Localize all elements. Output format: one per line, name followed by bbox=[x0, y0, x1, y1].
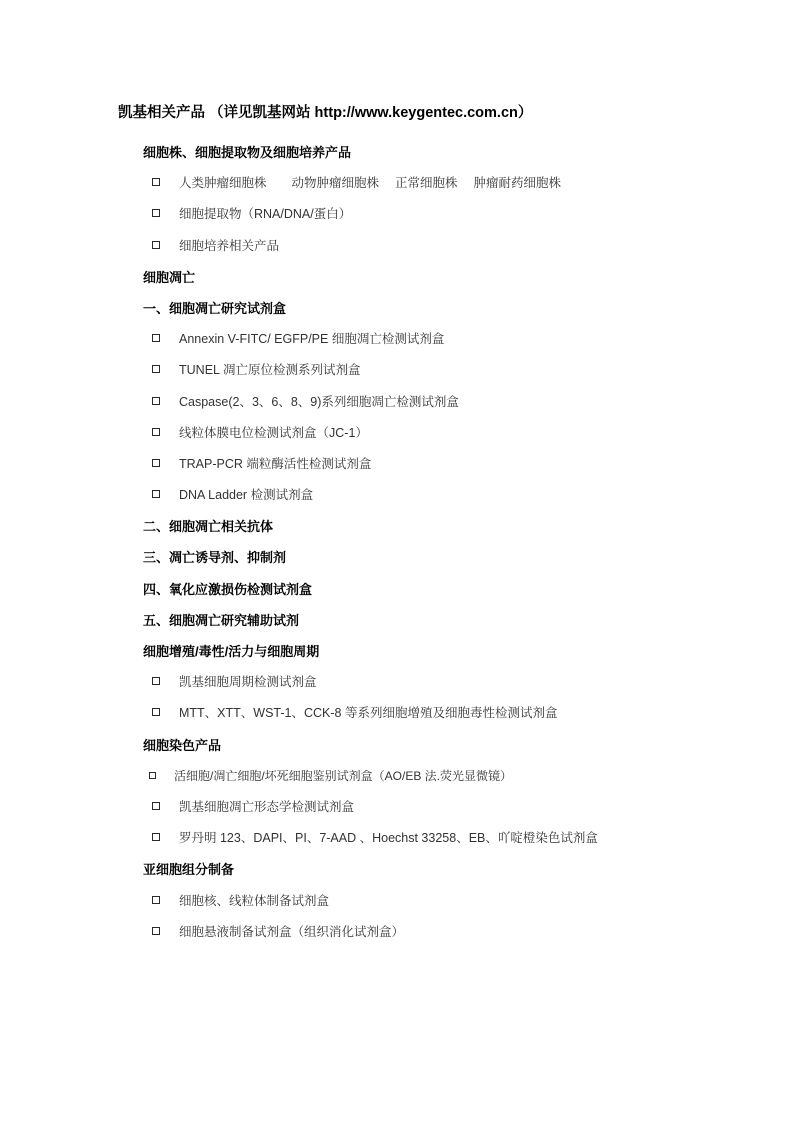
list-item: 细胞悬液制备试剂盒（组织消化试剂盒） bbox=[152, 917, 794, 948]
checkbox-bullet-icon bbox=[149, 772, 156, 779]
checkbox-bullet-icon bbox=[152, 677, 160, 685]
checkbox-bullet-icon bbox=[152, 490, 160, 498]
section-heading-apoptosis-inducers-inhibitors: 三、凋亡诱导剂、抑制剂 bbox=[143, 542, 794, 573]
list-item: 凯基细胞周期检测试剂盒 bbox=[152, 667, 794, 698]
checkbox-bullet-icon bbox=[152, 833, 160, 841]
list-item: 罗丹明 123、DAPI、PI、7-AAD 、Hoechst 33258、EB、… bbox=[152, 823, 794, 854]
section-heading-proliferation-cytotoxicity-cycle: 细胞增殖/毒性/活力与细胞周期 bbox=[143, 636, 794, 667]
list-item-text: 细胞悬液制备试剂盒（组织消化试剂盒） bbox=[179, 925, 404, 939]
list-item-text: 细胞培养相关产品 bbox=[179, 239, 279, 253]
checkbox-bullet-icon bbox=[152, 397, 160, 405]
section-heading-cell-staining: 细胞染色产品 bbox=[143, 730, 794, 761]
checkbox-bullet-icon bbox=[152, 708, 160, 716]
checkbox-bullet-icon bbox=[152, 209, 160, 217]
list-item: 人类肿瘤细胞株 动物肿瘤细胞株 正常细胞株 肿瘤耐药细胞株 bbox=[152, 168, 794, 199]
section-heading-apoptosis: 细胞凋亡 bbox=[143, 262, 794, 293]
section-heading-oxidative-stress-kits: 四、氧化应激损伤检测试剂盒 bbox=[143, 574, 794, 605]
list-item-text: TRAP-PCR 端粒酶活性检测试剂盒 bbox=[179, 457, 371, 471]
document-content: 细胞株、细胞提取物及细胞培养产品 人类肿瘤细胞株 动物肿瘤细胞株 正常细胞株 肿… bbox=[0, 137, 794, 948]
list-item: 线粒体膜电位检测试剂盒（JC-1） bbox=[152, 418, 794, 449]
list-item-text: 凯基细胞周期检测试剂盒 bbox=[179, 675, 317, 689]
checkbox-bullet-icon bbox=[152, 178, 160, 186]
list-item: 凯基细胞凋亡形态学检测试剂盒 bbox=[152, 792, 794, 823]
page-title: 凯基相关产品 （详见凯基网站 http://www.keygentec.com.… bbox=[118, 103, 532, 123]
checkbox-bullet-icon bbox=[152, 365, 160, 373]
list-item-text: 罗丹明 123、DAPI、PI、7-AAD 、Hoechst 33258、EB、… bbox=[179, 831, 598, 845]
list-item-text: DNA Ladder 检测试剂盒 bbox=[179, 488, 313, 502]
list-item: TRAP-PCR 端粒酶活性检测试剂盒 bbox=[152, 449, 794, 480]
list-item-text: 凯基细胞凋亡形态学检测试剂盒 bbox=[179, 800, 354, 814]
checkbox-bullet-icon bbox=[152, 459, 160, 467]
list-item-text: 人类肿瘤细胞株 动物肿瘤细胞株 正常细胞株 肿瘤耐药细胞株 bbox=[179, 176, 561, 190]
list-item: 细胞培养相关产品 bbox=[152, 231, 794, 262]
list-item-text: 活细胞/凋亡细胞/坏死细胞鉴别试剂盒（AO/EB 法.荧光显微镜） bbox=[174, 769, 512, 783]
checkbox-bullet-icon bbox=[152, 241, 160, 249]
list-item-text: Annexin V-FITC/ EGFP/PE 细胞凋亡检测试剂盒 bbox=[179, 332, 444, 346]
document-page: 凯基相关产品 （详见凯基网站 http://www.keygentec.com.… bbox=[0, 0, 794, 1123]
section-heading-apoptosis-auxiliary-reagents: 五、细胞凋亡研究辅助试剂 bbox=[143, 605, 794, 636]
list-item-text: Caspase(2、3、6、8、9)系列细胞凋亡检测试剂盒 bbox=[179, 395, 459, 409]
checkbox-bullet-icon bbox=[152, 334, 160, 342]
list-item: 细胞核、线粒体制备试剂盒 bbox=[152, 886, 794, 917]
list-item: Caspase(2、3、6、8、9)系列细胞凋亡检测试剂盒 bbox=[152, 387, 794, 418]
list-item: 细胞提取物（RNA/DNA/蛋白） bbox=[152, 199, 794, 230]
list-item: Annexin V-FITC/ EGFP/PE 细胞凋亡检测试剂盒 bbox=[152, 324, 794, 355]
checkbox-bullet-icon bbox=[152, 896, 160, 904]
section-heading-cell-lines-extracts-culture: 细胞株、细胞提取物及细胞培养产品 bbox=[143, 137, 794, 168]
list-item: DNA Ladder 检测试剂盒 bbox=[152, 480, 794, 511]
list-item: TUNEL 凋亡原位检测系列试剂盒 bbox=[152, 355, 794, 386]
list-item: MTT、XTT、WST-1、CCK-8 等系列细胞增殖及细胞毒性检测试剂盒 bbox=[152, 698, 794, 729]
list-item: 活细胞/凋亡细胞/坏死细胞鉴别试剂盒（AO/EB 法.荧光显微镜） bbox=[149, 761, 794, 792]
list-item-text: 线粒体膜电位检测试剂盒（JC-1） bbox=[179, 426, 368, 440]
list-item-text: 细胞提取物（RNA/DNA/蛋白） bbox=[179, 207, 351, 221]
list-item-text: 细胞核、线粒体制备试剂盒 bbox=[179, 894, 329, 908]
section-heading-apoptosis-kits: 一、细胞凋亡研究试剂盒 bbox=[143, 293, 794, 324]
checkbox-bullet-icon bbox=[152, 927, 160, 935]
list-item-text: MTT、XTT、WST-1、CCK-8 等系列细胞增殖及细胞毒性检测试剂盒 bbox=[179, 706, 557, 720]
section-heading-subcellular-fractionation: 亚细胞组分制备 bbox=[143, 854, 794, 885]
list-item-text: TUNEL 凋亡原位检测系列试剂盒 bbox=[179, 363, 361, 377]
checkbox-bullet-icon bbox=[152, 428, 160, 436]
checkbox-bullet-icon bbox=[152, 802, 160, 810]
section-heading-apoptosis-antibodies: 二、细胞凋亡相关抗体 bbox=[143, 511, 794, 542]
